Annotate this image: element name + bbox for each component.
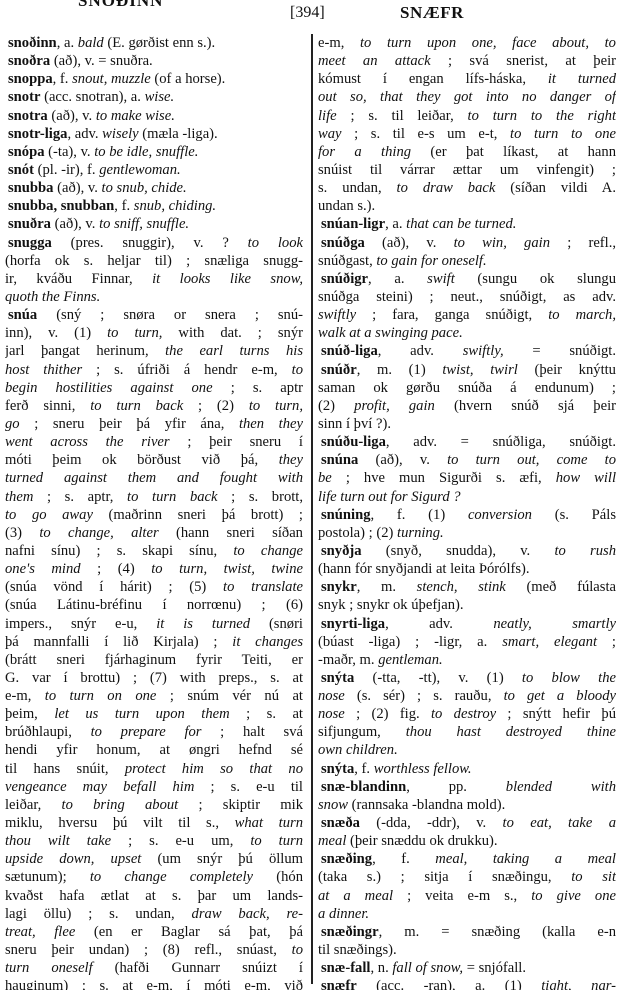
gloss: to go away <box>5 507 93 523</box>
gloss: to make wise. <box>96 108 175 124</box>
text: (síðan vildi A. <box>495 180 616 196</box>
entry-line: nose (s. sér) ; s. rauðu, to get a blood… <box>318 687 616 705</box>
gloss: to destroy <box>431 706 496 722</box>
text: ; halt svá <box>201 724 303 740</box>
entry-line: jarl þangat herinum, the earl turns his <box>5 342 303 360</box>
gloss: to snub, chide. <box>102 180 187 196</box>
gloss: then they <box>239 416 303 432</box>
text: (-tta, -tt), v. (1) <box>354 670 522 686</box>
gloss: it changes <box>232 634 303 650</box>
entry-line: turned against them and fought with <box>5 469 303 487</box>
page-header: SNÓÐINN [394] SNÆFR <box>0 0 625 28</box>
gloss: to blow the <box>522 670 616 686</box>
text: (taka s.) ; sitja í snæðingu, <box>318 869 571 885</box>
gloss: protect him so that no <box>125 761 303 777</box>
gloss: way <box>318 126 342 142</box>
entry-line: miklu, hversu þú vilt til s., what turn <box>5 814 303 832</box>
entry-line: host thither ; s. úfriði á hendr e-m, to <box>5 361 303 379</box>
text: , m. <box>357 579 417 595</box>
entry-headword-line: snæðing, f. meal, taking a meal <box>318 850 616 868</box>
entry-line: hendi yfir honum, at øngri hefnd sé <box>5 741 303 759</box>
entry-line: ir, kváðu Finnar, it looks like snow, <box>5 270 303 288</box>
gloss: to turn to one <box>510 126 616 142</box>
entry-headword-line: snæða (-dda, -ddr), v. to eat, take a <box>318 814 616 832</box>
text: (acc. snotran), a. <box>40 89 144 105</box>
entry-headword-line: snúa (sný ; snøra or snera ; snú- <box>5 306 303 324</box>
text: snyk ; snykr ok úþefjan). <box>318 597 464 613</box>
headword: snúð-liga <box>321 343 378 359</box>
gloss: vengeance may befall him <box>5 779 194 795</box>
text: ; svá snerist, at þeir <box>431 53 616 69</box>
entry-line: sætunum); to change completely (hón <box>5 868 303 886</box>
gloss: conversion <box>468 507 532 523</box>
gloss: it is turned <box>156 616 250 632</box>
entry-line: quoth the Finns. <box>5 288 303 306</box>
text: ; fara, ganga snúðigt, <box>356 307 548 323</box>
entry-line: walk at a swinging pace. <box>318 324 616 342</box>
gloss: to change completely <box>90 869 253 885</box>
entry-line: be ; hve mun Sigurði s. æfi, how will <box>318 469 616 487</box>
gloss: to turn, <box>107 325 162 341</box>
headword: snoðra <box>8 53 50 69</box>
entry-line: (snúa Látinu-bréfinu í norrœnu) ; (6) <box>5 596 303 614</box>
text: hauginum) ; s. at e-m, í móti e-m, við <box>5 978 303 990</box>
entry-line: turn oneself (hafði Gunnarr snúizt í <box>5 959 303 977</box>
entry-line: (taka s.) ; sitja í snæðingu, to sit <box>318 868 616 886</box>
text: ; s. e-u til <box>194 779 303 795</box>
text: (að), v. <box>51 216 99 232</box>
text: sifjungum, <box>318 724 406 740</box>
gloss: gentleman. <box>378 652 442 668</box>
headword: snotra <box>8 108 48 124</box>
text: hendi yfir honum, at øngri hefnd sé <box>5 742 303 758</box>
headword: snæða <box>321 815 360 831</box>
entry-line: thou wilt take ; s. e-u um, to turn <box>5 832 303 850</box>
headword: snúning <box>321 507 371 523</box>
entry-line: kómust í engan lífs-háska, it turned <box>318 70 616 88</box>
gloss: wise. <box>145 89 175 105</box>
text: , adv. <box>378 343 463 359</box>
running-head-right: SNÆFR <box>400 3 464 23</box>
gloss: at a meal <box>318 888 393 904</box>
gloss: to turn upon one, face about, to <box>360 35 616 51</box>
text: (brátt sneri fjárhaginum fyrir Teiti, er <box>5 652 303 668</box>
entry-headword-line: snuðra (að), v. to sniff, snuffle. <box>5 215 303 233</box>
gloss: to turn <box>250 833 303 849</box>
entry-headword-line: snúðigr, a. swift (sungu ok slungu <box>318 270 616 288</box>
gloss: go <box>5 416 20 432</box>
entry-headword-line: snubba, snubban, f. snub, chiding. <box>5 197 303 215</box>
text: (hann fór snyðjandi at leita Þórólfs). <box>318 561 530 577</box>
headword: snúðu-liga <box>321 434 386 450</box>
gloss: wisely <box>102 126 138 142</box>
entry-headword-line: snúðr, m. (1) twist, twirl (þeir knýttu <box>318 361 616 379</box>
gloss: a dinner. <box>318 906 369 922</box>
text: , pp. <box>406 779 506 795</box>
gloss: profit, gain <box>354 398 435 414</box>
gloss: host thither <box>5 362 82 378</box>
text: miklu, hversu þú vilt til s., <box>5 815 235 831</box>
entry-line: begin hostilities against one ; s. aptr <box>5 379 303 397</box>
text: (búast -liga) ; -ligr, a. <box>318 634 502 650</box>
text: ; snýtt hefir þú <box>496 706 616 722</box>
entry-line: kvaðst hafa ætlat at s. þar um lands- <box>5 887 303 905</box>
text: postola) ; (2) <box>318 525 397 541</box>
gloss: turn oneself <box>5 960 93 976</box>
entry-line: snúðgast, to gain for oneself. <box>318 252 616 270</box>
gloss: turning. <box>397 525 444 541</box>
text: , adv. = snúðliga, snúðigt. <box>386 434 616 450</box>
gloss: to rush <box>554 543 616 559</box>
gloss: worthless fellow. <box>374 761 472 777</box>
text: ; þeir sneru í <box>170 434 303 450</box>
entry-headword-line: snotr-liga, adv. wisely (mæla -liga). <box>5 125 303 143</box>
entry-headword-line: snotra (að), v. to make wise. <box>5 107 303 125</box>
entry-line: (hann fór snyðjandi at leita Þórólfs). <box>318 560 616 578</box>
text: ; (4) <box>81 561 152 577</box>
text: e-m, <box>5 688 45 704</box>
gloss: to sit <box>571 869 616 885</box>
entry-line: e-m, to turn upon one, face about, to <box>318 34 616 52</box>
text: undan s.). <box>318 198 375 214</box>
entry-line: s. undan, to draw back (síðan vildi A. <box>318 179 616 197</box>
gloss: went across the river <box>5 434 170 450</box>
text: ir, kváðu Finnar, <box>5 271 152 287</box>
text: (að), v. <box>48 108 96 124</box>
gloss: to turn to the right <box>468 108 616 124</box>
running-head-left: SNÓÐINN <box>78 0 163 11</box>
text: ; snúm vér nú at <box>156 688 303 704</box>
entry-line: meet an attack ; svá snerist, at þeir <box>318 52 616 70</box>
text: (að), v. = snuðra. <box>50 53 153 69</box>
entry-headword-line: snúan-ligr, a. that can be turned. <box>318 215 616 233</box>
entry-line: leiðar, to bring about ; skiptir mik <box>5 796 303 814</box>
gloss: swift <box>427 271 455 287</box>
right-column: e-m, to turn upon one, face about, tomee… <box>318 34 616 990</box>
text: ; s. úfriði á hendr e-m, <box>82 362 291 378</box>
text: þá mannfalli í lið Kirjala) ; <box>5 634 232 650</box>
entry-line: out so, that they got into no danger of <box>318 88 616 106</box>
text: (þeir knýttu <box>518 362 616 378</box>
entry-line: til snæðings). <box>318 941 616 959</box>
entry-line: inn), v. (1) to turn, with dat. ; snýr <box>5 324 303 342</box>
text: ; sneru þeir þá yfir ána, <box>20 416 239 432</box>
text: , a. <box>385 216 406 232</box>
gloss: to <box>292 942 303 958</box>
gloss: to prepare for <box>91 724 202 740</box>
text: (snøri <box>250 616 303 632</box>
text: (að), v. <box>365 235 454 251</box>
text: (pres. snuggir), v. ? <box>52 235 248 251</box>
entry-line: (búast -liga) ; -ligr, a. smart, elegant… <box>318 633 616 651</box>
entry-headword-line: snót (pl. -ir), f. gentlewoman. <box>5 161 303 179</box>
gloss: they <box>279 452 303 468</box>
gloss: meal <box>318 833 346 849</box>
text: , m. = snæðing (kalla e-n <box>379 924 616 940</box>
entry-line: upside down, upset (um snýr þú öllum <box>5 850 303 868</box>
gloss: it looks like snow, <box>152 271 303 287</box>
text: = snúðigt. <box>504 343 616 359</box>
gloss: to march, <box>548 307 616 323</box>
text: nafni sínu) ; s. skapi sínu, <box>5 543 233 559</box>
text: (pl. -ir), f. <box>34 162 99 178</box>
text: sneru þeir undan) ; (8) refl., snúast, <box>5 942 292 958</box>
gloss: to get a bloody <box>504 688 616 704</box>
entry-headword-line: snoðinn, a. bald (E. gørðist enn s.). <box>5 34 303 52</box>
gloss: to draw back <box>397 180 496 196</box>
text: móti þeim ok börðust við þá, <box>5 452 279 468</box>
gloss: bald <box>78 35 104 51</box>
gloss: upside down, upset <box>5 851 141 867</box>
gloss: own children. <box>318 742 398 758</box>
text: (um snýr þú öllum <box>141 851 303 867</box>
text: (hann sneri síðan <box>159 525 303 541</box>
text: ; s. at <box>230 706 303 722</box>
gloss: them <box>5 489 33 505</box>
entry-line: G. var í brottu) ; (7) with preps., s. a… <box>5 669 303 687</box>
headword: snýta <box>321 761 354 777</box>
entry-line: went across the river ; þeir sneru í <box>5 433 303 451</box>
entry-line: life turn out for Sigurd ? <box>318 488 616 506</box>
text: ; hve mun Sigurði s. æfi, <box>332 470 556 486</box>
entry-line: (3) to change, alter (hann sneri síðan <box>5 524 303 542</box>
text: inn), v. (1) <box>5 325 107 341</box>
text: (s. Páls <box>532 507 616 523</box>
text: kvaðst hafa ætlat at s. þar um lands- <box>5 888 303 904</box>
text: (s. sér) ; s. rauðu, <box>345 688 504 704</box>
gloss: swiftly, <box>463 343 504 359</box>
gloss: to be idle, snuffle. <box>94 144 198 160</box>
gloss: to turn on one <box>45 688 157 704</box>
gloss: treat, flee <box>5 924 75 940</box>
gloss: turned against them and fought with <box>5 470 303 486</box>
text: (snúa Látinu-bréfinu í norrœnu) ; (6) <box>5 597 303 613</box>
headword: snoppa <box>8 71 53 87</box>
text: (en er Baglar sá þat, þá <box>75 924 303 940</box>
text: ; s. brott, <box>218 489 303 505</box>
entry-line: ferð sinni, to turn back ; (2) to turn, <box>5 397 303 415</box>
text: (sungu ok slungu <box>455 271 616 287</box>
gloss: to look <box>248 235 303 251</box>
headword: snæðingr <box>321 924 379 940</box>
text: , n. <box>370 960 392 976</box>
text: , f. (1) <box>371 507 468 523</box>
gloss: for a thing <box>318 144 411 160</box>
entry-headword-line: snúðu-liga, adv. = snúðliga, snúðigt. <box>318 433 616 451</box>
text: ; s. e-u um, <box>111 833 250 849</box>
entry-headword-line: snýta, f. worthless fellow. <box>318 760 616 778</box>
text: (að), v. <box>53 180 101 196</box>
entry-headword-line: snugga (pres. snuggir), v. ? to look <box>5 234 303 252</box>
headword: snúðga <box>321 235 365 251</box>
text: brúðhlaupi, <box>5 724 91 740</box>
entry-line: for a thing (er þat líkast, at hann <box>318 143 616 161</box>
entry-headword-line: snæfr (acc. -ran), a. (1) tight, nar- <box>318 977 616 990</box>
entry-headword-line: snúðga (að), v. to win, gain ; refl., <box>318 234 616 252</box>
gloss: that can be turned. <box>406 216 516 232</box>
headword: snúna <box>321 452 358 468</box>
entry-headword-line: snoðra (að), v. = snuðra. <box>5 52 303 70</box>
gloss: to translate <box>223 579 303 595</box>
text: ; s. til leiðar, <box>337 108 468 124</box>
entry-headword-line: snubba (að), v. to snub, chide. <box>5 179 303 197</box>
entry-headword-line: snyrti-liga, adv. neatly, smartly <box>318 615 616 633</box>
gloss: to turn out, come to <box>447 452 616 468</box>
text: jarl þangat herinum, <box>5 343 165 359</box>
text: (3) <box>5 525 39 541</box>
text: ; veita e-m s., <box>393 888 531 904</box>
entry-line: móti þeim ok börðust við þá, they <box>5 451 303 469</box>
headword: snuðra <box>8 216 51 232</box>
entry-headword-line: snýta (-tta, -tt), v. (1) to blow the <box>318 669 616 687</box>
text: , f. <box>53 71 72 87</box>
gloss: begin hostilities against one <box>5 380 213 396</box>
entry-line: meal (þeir snæddu ok drukku). <box>318 832 616 850</box>
gloss: to sniff, snuffle. <box>99 216 189 232</box>
gloss: to change <box>233 543 303 559</box>
text: (sný ; snøra or snera ; snú- <box>37 307 303 323</box>
text: leiðar, <box>5 797 62 813</box>
gloss: to turn back <box>90 398 183 414</box>
entry-headword-line: snotr (acc. snotran), a. wise. <box>5 88 303 106</box>
text: (er þat líkast, at hann <box>411 144 616 160</box>
gloss: snow <box>318 797 348 813</box>
headword: snúan-ligr <box>321 216 385 232</box>
text: , adv. <box>385 616 493 632</box>
entry-headword-line: snæ-blandinn, pp. blended with <box>318 778 616 796</box>
entry-line: them ; s. aptr, to turn back ; s. brott, <box>5 488 303 506</box>
text: = snjófall. <box>463 960 526 976</box>
entry-line: own children. <box>318 741 616 759</box>
text: G. var í brottu) ; (7) with preps., s. a… <box>5 670 303 686</box>
text: , f. <box>114 198 133 214</box>
entry-line: treat, flee (en er Baglar sá þat, þá <box>5 923 303 941</box>
headword: snubba, snubban <box>8 198 114 214</box>
headword: snæðing <box>321 851 372 867</box>
text: , a. <box>368 271 427 287</box>
headword: snúðr <box>321 362 357 378</box>
text: sinn í því ?). <box>318 416 391 432</box>
gloss: tight, nar- <box>541 978 616 990</box>
text: snúist til várrar ættar um vinfengit) ; <box>318 162 616 178</box>
gloss: how will <box>556 470 616 486</box>
headword: snúa <box>8 307 37 323</box>
page-number: [394] <box>290 4 325 22</box>
entry-headword-line: snúna (að), v. to turn out, come to <box>318 451 616 469</box>
text: (2) <box>318 398 354 414</box>
entry-line: nose ; (2) fig. to destroy ; snýtt hefir… <box>318 705 616 723</box>
text: snúðga steini) ; neut., snúðigt, as adv. <box>318 289 616 305</box>
text: (hafði Gunnarr snúizt í <box>93 960 303 976</box>
text: , adv. <box>67 126 102 142</box>
headword: snoðinn <box>8 35 57 51</box>
text: (horfa ok s. heljar til) ; snæliga snugg… <box>5 253 303 269</box>
text: snúðgast, <box>318 253 376 269</box>
text: ; s. aptr <box>213 380 303 396</box>
entry-line: way ; s. til e-s um e-t, to turn to one <box>318 125 616 143</box>
text: ; refl., <box>550 235 616 251</box>
entry-line: at a meal ; veita e-m s., to give one <box>318 887 616 905</box>
gloss: life <box>318 108 337 124</box>
headword: snýta <box>321 670 354 686</box>
gloss: twist, twirl <box>442 362 517 378</box>
entry-line: snyk ; snykr ok úþefjan). <box>318 596 616 614</box>
headword: snotr-liga <box>8 126 67 142</box>
entry-line: life ; s. til leiðar, to turn to the rig… <box>318 107 616 125</box>
text: ferð sinni, <box>5 398 90 414</box>
gloss: to give one <box>531 888 616 904</box>
entry-line: sinn í því ?). <box>318 415 616 433</box>
gloss: one's mind <box>5 561 81 577</box>
text: sætunum); <box>5 869 90 885</box>
entry-line: saman ok gørðu snúða á endunum) ; <box>318 379 616 397</box>
entry-line: postola) ; (2) turning. <box>318 524 616 542</box>
gloss: thou hast destroyed thine <box>406 724 616 740</box>
entry-headword-line: snúð-liga, adv. swiftly, = snúðigt. <box>318 342 616 360</box>
text: ; (2) fig. <box>345 706 431 722</box>
entry-line: nafni sínu) ; s. skapi sínu, to change <box>5 542 303 560</box>
entry-line: e-m, to turn on one ; snúm vér nú at <box>5 687 303 705</box>
gloss: it turned <box>548 71 616 87</box>
gloss: draw back, re- <box>192 906 303 922</box>
text: (maðrinn sneri þá brott) ; <box>93 507 303 523</box>
headword: snæ-blandinn <box>321 779 406 795</box>
entry-line: -maðr, m. gentleman. <box>318 651 616 669</box>
text: ; s. aptr, <box>33 489 127 505</box>
entry-line: snúist til várrar ættar um vinfengit) ; <box>318 161 616 179</box>
headword: snæfr <box>321 978 357 990</box>
text: (hvern snúð sjá þeir <box>435 398 616 414</box>
entry-headword-line: snæ-fall, n. fall of snow, = snjófall. <box>318 959 616 977</box>
entry-headword-line: snoppa, f. snout, muzzle (of a horse). <box>5 70 303 88</box>
gloss: the earl turns his <box>165 343 303 359</box>
entry-line: to go away (maðrinn sneri þá brott) ; <box>5 506 303 524</box>
text: (of a horse). <box>151 71 226 87</box>
gloss: to change, alter <box>39 525 158 541</box>
entry-line: vengeance may befall him ; s. e-u til <box>5 778 303 796</box>
entry-line: (2) profit, gain (hvern snúð sjá þeir <box>318 397 616 415</box>
gloss: swiftly <box>318 307 356 323</box>
gloss: neatly, smartly <box>493 616 616 632</box>
headword: snæ-fall <box>321 960 370 976</box>
entry-line: hauginum) ; s. at e-m, í móti e-m, við <box>5 977 303 990</box>
entry-line: (snúa vönd í hárit) ; (5) to translate <box>5 578 303 596</box>
gloss: let us turn upon them <box>54 706 229 722</box>
gloss: snout, muzzle <box>72 71 151 87</box>
gloss: be <box>318 470 332 486</box>
gloss: thou wilt take <box>5 833 111 849</box>
entry-line: lagi öllu) ; s. undan, draw back, re- <box>5 905 303 923</box>
text: (hón <box>253 869 303 885</box>
gloss: smart, elegant <box>502 634 597 650</box>
gloss: to win, gain <box>454 235 550 251</box>
left-column: snoðinn, a. bald (E. gørðist enn s.).sno… <box>5 34 303 990</box>
text: with dat. ; snýr <box>162 325 303 341</box>
column-divider <box>311 34 313 984</box>
text: ; (2) <box>183 398 249 414</box>
gloss: walk at a swinging pace. <box>318 325 463 341</box>
gloss: to <box>292 362 303 378</box>
entry-line: til hans snúit, protect him so that no <box>5 760 303 778</box>
text: s. undan, <box>318 180 397 196</box>
gloss: out so, that they got into no danger of <box>318 89 616 105</box>
text: (E. gørðist enn s.). <box>104 35 215 51</box>
entry-headword-line: snykr, m. stench, stink (með fúlasta <box>318 578 616 596</box>
gloss: nose <box>318 688 345 704</box>
text: þeim, <box>5 706 54 722</box>
headword: snyðja <box>321 543 362 559</box>
text: saman ok gørðu snúða á endunum) ; <box>318 380 616 396</box>
